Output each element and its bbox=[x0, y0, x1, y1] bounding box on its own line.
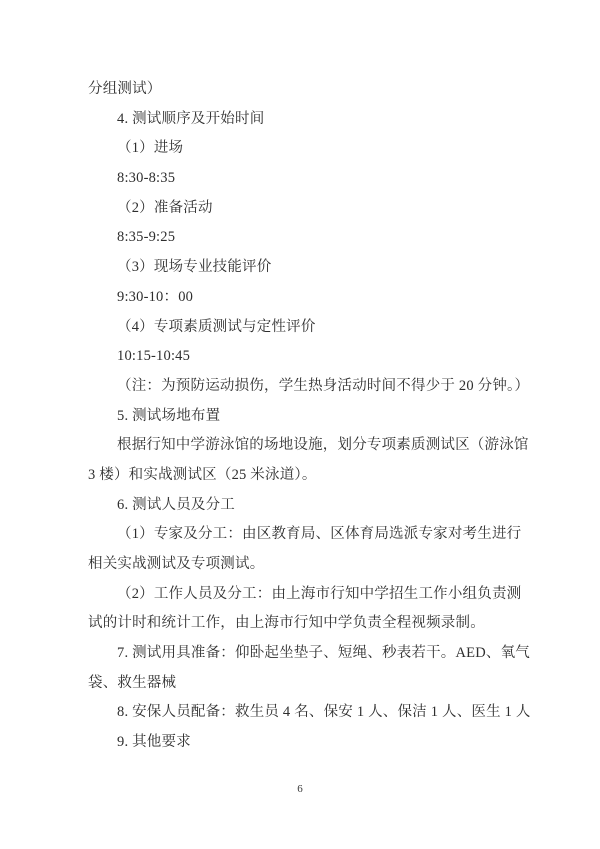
text-line: 7. 测试用具准备：仰卧起坐垫子、短绳、秒表若干。AED、氧气 bbox=[88, 639, 528, 669]
text-line: （1）进场 bbox=[88, 134, 528, 164]
text-line: （1）专家及分工：由区教育局、区体育局选派专家对考生进行 bbox=[88, 520, 528, 550]
document-body: 分组测试） 4. 测试顺序及开始时间 （1）进场 8:30-8:35 （2）准备… bbox=[88, 75, 528, 758]
text-line: （4）专项素质测试与定性评价 bbox=[88, 313, 528, 343]
text-line: 8:35-9:25 bbox=[88, 223, 528, 253]
text-line: （注：为预防运动损伤，学生热身活动时间不得少于 20 分钟。） bbox=[88, 372, 528, 402]
text-line: 相关实战测试及专项测试。 bbox=[88, 550, 528, 580]
text-line: 4. 测试顺序及开始时间 bbox=[88, 105, 528, 135]
text-line: 10:15-10:45 bbox=[88, 342, 528, 372]
text-line: （2）准备活动 bbox=[88, 194, 528, 224]
page-number: 6 bbox=[0, 783, 600, 795]
text-line: （3）现场专业技能评价 bbox=[88, 253, 528, 283]
text-line: 8:30-8:35 bbox=[88, 164, 528, 194]
document-page: 分组测试） 4. 测试顺序及开始时间 （1）进场 8:30-8:35 （2）准备… bbox=[0, 0, 600, 849]
text-line: 袋、救生器械 bbox=[88, 669, 528, 699]
text-line: 6. 测试人员及分工 bbox=[88, 491, 528, 521]
text-line: 9. 其他要求 bbox=[88, 728, 528, 758]
text-line: 分组测试） bbox=[88, 75, 528, 105]
text-line: 8. 安保人员配备：救生员 4 名、保安 1 人、保洁 1 人、医生 1 人 bbox=[88, 698, 528, 728]
text-line: （2）工作人员及分工：由上海市行知中学招生工作小组负责测 bbox=[88, 580, 528, 610]
text-line: 3 楼）和实战测试区（25 米泳道）。 bbox=[88, 461, 528, 491]
text-line: 试的计时和统计工作，由上海市行知中学负责全程视频录制。 bbox=[88, 609, 528, 639]
text-line: 根据行知中学游泳馆的场地设施，划分专项素质测试区（游泳馆 bbox=[88, 431, 528, 461]
text-line: 5. 测试场地布置 bbox=[88, 402, 528, 432]
text-line: 9:30-10：00 bbox=[88, 283, 528, 313]
